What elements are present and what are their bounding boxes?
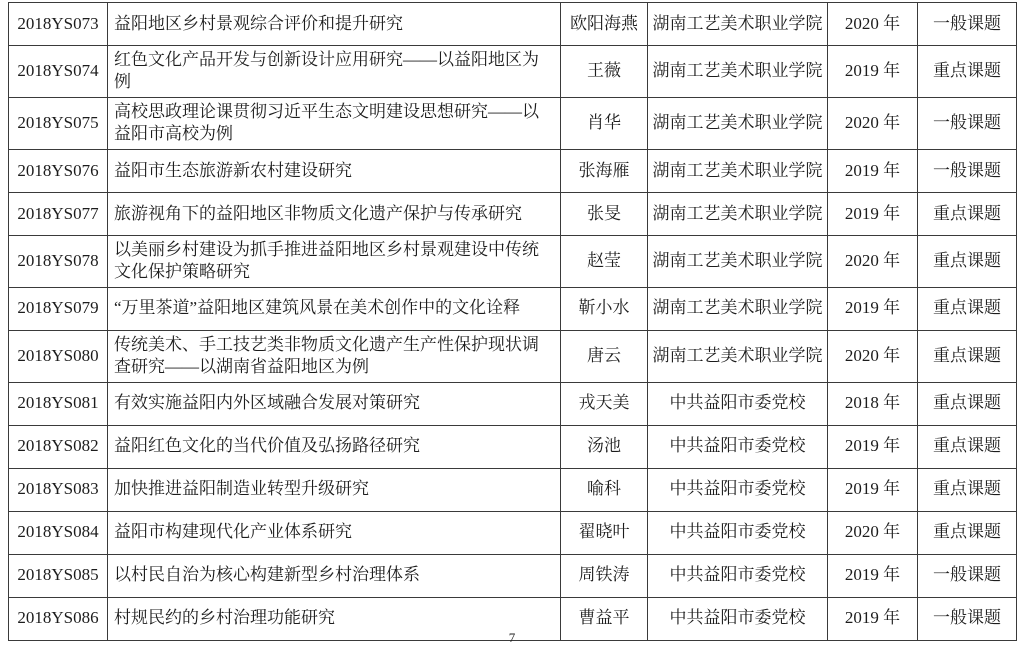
project-id-cell: 2018YS076: [9, 149, 108, 192]
table-row: 2018YS083加快推进益阳制造业转型升级研究喻科中共益阳市委党校2019 年…: [9, 468, 1017, 511]
table-row: 2018YS079“万里茶道”益阳地区建筑风景在美术创作中的文化诠释靳小水湖南工…: [9, 287, 1017, 330]
project-year-cell: 2019 年: [828, 287, 918, 330]
project-leader-cell: 赵莹: [561, 235, 648, 287]
project-year-cell: 2020 年: [828, 330, 918, 382]
project-category-cell: 重点课题: [918, 46, 1017, 98]
table-row: 2018YS073益阳地区乡村景观综合评价和提升研究欧阳海燕湖南工艺美术职业学院…: [9, 3, 1017, 46]
project-id-cell: 2018YS084: [9, 511, 108, 554]
project-year-cell: 2019 年: [828, 46, 918, 98]
project-leader-cell: 汤池: [561, 425, 648, 468]
project-category-cell: 重点课题: [918, 382, 1017, 425]
project-title-cell: 以美丽乡村建设为抓手推进益阳地区乡村景观建设中传统文化保护策略研究: [108, 235, 561, 287]
project-year-cell: 2019 年: [828, 468, 918, 511]
project-category-cell: 一般课题: [918, 554, 1017, 597]
project-leader-cell: 张海雁: [561, 149, 648, 192]
project-year-cell: 2019 年: [828, 192, 918, 235]
project-institution-cell: 湖南工艺美术职业学院: [648, 192, 828, 235]
project-title-cell: 益阳红色文化的当代价值及弘扬路径研究: [108, 425, 561, 468]
project-leader-cell: 喻科: [561, 468, 648, 511]
document-page: 2018YS073益阳地区乡村景观综合评价和提升研究欧阳海燕湖南工艺美术职业学院…: [0, 0, 1024, 652]
project-title-cell: 加快推进益阳制造业转型升级研究: [108, 468, 561, 511]
project-institution-cell: 中共益阳市委党校: [648, 382, 828, 425]
project-year-cell: 2020 年: [828, 97, 918, 149]
table-row: 2018YS084益阳市构建现代化产业体系研究翟晓叶中共益阳市委党校2020 年…: [9, 511, 1017, 554]
project-category-cell: 重点课题: [918, 287, 1017, 330]
project-leader-cell: 欧阳海燕: [561, 3, 648, 46]
table-row: 2018YS080传统美术、手工技艺类非物质文化遗产生产性保护现状调查研究——以…: [9, 330, 1017, 382]
project-id-cell: 2018YS083: [9, 468, 108, 511]
project-title-cell: 旅游视角下的益阳地区非物质文化遗产保护与传承研究: [108, 192, 561, 235]
project-title-cell: 有效实施益阳内外区域融合发展对策研究: [108, 382, 561, 425]
project-category-cell: 重点课题: [918, 330, 1017, 382]
project-id-cell: 2018YS075: [9, 97, 108, 149]
project-id-cell: 2018YS081: [9, 382, 108, 425]
table-row: 2018YS077旅游视角下的益阳地区非物质文化遗产保护与传承研究张旻湖南工艺美…: [9, 192, 1017, 235]
project-institution-cell: 湖南工艺美术职业学院: [648, 97, 828, 149]
table-row: 2018YS082益阳红色文化的当代价值及弘扬路径研究汤池中共益阳市委党校201…: [9, 425, 1017, 468]
table-row: 2018YS078以美丽乡村建设为抓手推进益阳地区乡村景观建设中传统文化保护策略…: [9, 235, 1017, 287]
project-category-cell: 一般课题: [918, 97, 1017, 149]
project-title-cell: 红色文化产品开发与创新设计应用研究——以益阳地区为例: [108, 46, 561, 98]
project-year-cell: 2020 年: [828, 3, 918, 46]
project-id-cell: 2018YS085: [9, 554, 108, 597]
table-row: 2018YS081有效实施益阳内外区域融合发展对策研究戎天美中共益阳市委党校20…: [9, 382, 1017, 425]
project-institution-cell: 湖南工艺美术职业学院: [648, 3, 828, 46]
project-title-cell: 益阳市生态旅游新农村建设研究: [108, 149, 561, 192]
page-number: 7: [0, 630, 1024, 646]
project-leader-cell: 肖华: [561, 97, 648, 149]
project-category-cell: 重点课题: [918, 192, 1017, 235]
projects-table-body: 2018YS073益阳地区乡村景观综合评价和提升研究欧阳海燕湖南工艺美术职业学院…: [9, 3, 1017, 641]
project-id-cell: 2018YS082: [9, 425, 108, 468]
project-institution-cell: 中共益阳市委党校: [648, 468, 828, 511]
project-leader-cell: 唐云: [561, 330, 648, 382]
table-row: 2018YS076益阳市生态旅游新农村建设研究张海雁湖南工艺美术职业学院2019…: [9, 149, 1017, 192]
project-id-cell: 2018YS078: [9, 235, 108, 287]
project-year-cell: 2019 年: [828, 554, 918, 597]
project-institution-cell: 中共益阳市委党校: [648, 511, 828, 554]
table-row: 2018YS075高校思政理论课贯彻习近平生态文明建设思想研究——以益阳市高校为…: [9, 97, 1017, 149]
project-year-cell: 2019 年: [828, 425, 918, 468]
project-institution-cell: 中共益阳市委党校: [648, 554, 828, 597]
project-category-cell: 一般课题: [918, 3, 1017, 46]
project-year-cell: 2020 年: [828, 511, 918, 554]
project-category-cell: 重点课题: [918, 511, 1017, 554]
project-institution-cell: 湖南工艺美术职业学院: [648, 149, 828, 192]
project-year-cell: 2020 年: [828, 235, 918, 287]
table-row: 2018YS085以村民自治为核心构建新型乡村治理体系周铁涛中共益阳市委党校20…: [9, 554, 1017, 597]
project-category-cell: 一般课题: [918, 149, 1017, 192]
project-id-cell: 2018YS074: [9, 46, 108, 98]
project-title-cell: 益阳市构建现代化产业体系研究: [108, 511, 561, 554]
project-institution-cell: 中共益阳市委党校: [648, 425, 828, 468]
project-institution-cell: 湖南工艺美术职业学院: [648, 330, 828, 382]
project-year-cell: 2018 年: [828, 382, 918, 425]
project-leader-cell: 戎天美: [561, 382, 648, 425]
project-leader-cell: 周铁涛: [561, 554, 648, 597]
project-institution-cell: 湖南工艺美术职业学院: [648, 235, 828, 287]
project-institution-cell: 湖南工艺美术职业学院: [648, 287, 828, 330]
project-title-cell: 以村民自治为核心构建新型乡村治理体系: [108, 554, 561, 597]
project-year-cell: 2019 年: [828, 149, 918, 192]
project-id-cell: 2018YS079: [9, 287, 108, 330]
project-category-cell: 重点课题: [918, 425, 1017, 468]
project-title-cell: “万里茶道”益阳地区建筑风景在美术创作中的文化诠释: [108, 287, 561, 330]
project-leader-cell: 靳小水: [561, 287, 648, 330]
project-category-cell: 重点课题: [918, 235, 1017, 287]
projects-table: 2018YS073益阳地区乡村景观综合评价和提升研究欧阳海燕湖南工艺美术职业学院…: [8, 2, 1017, 641]
project-id-cell: 2018YS077: [9, 192, 108, 235]
project-institution-cell: 湖南工艺美术职业学院: [648, 46, 828, 98]
project-leader-cell: 翟晓叶: [561, 511, 648, 554]
project-title-cell: 益阳地区乡村景观综合评价和提升研究: [108, 3, 561, 46]
project-leader-cell: 王薇: [561, 46, 648, 98]
project-id-cell: 2018YS080: [9, 330, 108, 382]
project-title-cell: 传统美术、手工技艺类非物质文化遗产生产性保护现状调查研究——以湖南省益阳地区为例: [108, 330, 561, 382]
project-category-cell: 重点课题: [918, 468, 1017, 511]
project-id-cell: 2018YS073: [9, 3, 108, 46]
project-title-cell: 高校思政理论课贯彻习近平生态文明建设思想研究——以益阳市高校为例: [108, 97, 561, 149]
project-leader-cell: 张旻: [561, 192, 648, 235]
table-row: 2018YS074红色文化产品开发与创新设计应用研究——以益阳地区为例王薇湖南工…: [9, 46, 1017, 98]
